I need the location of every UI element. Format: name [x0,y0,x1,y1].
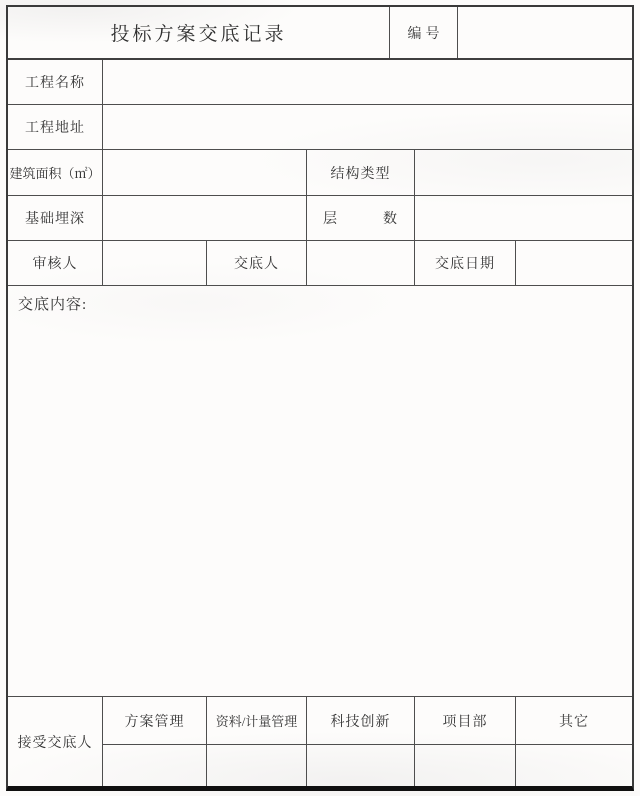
discloser-label: 交底人 [207,241,307,285]
floors-label: 层 数 [307,196,415,240]
recipient-col-data-measurement: 资料/计量管理 [207,697,307,744]
project-address-label: 工程地址 [8,105,103,149]
recipients-header-row: 方案管理 资料/计量管理 科技创新 项目部 其它 [103,697,632,745]
signoff-row: 审核人 交底人 交底日期 [8,241,632,286]
discloser-value-cell [307,241,415,285]
floors-label-right: 数 [383,208,398,228]
recipients-signature-row [103,745,632,786]
project-name-label: 工程名称 [8,60,103,104]
recipient-col-project-dept: 项目部 [415,697,516,744]
scanned-form-page: 投标方案交底记录 编号 工程名称 工程地址 建筑面积（㎡） 结构类型 基础埋深 … [0,0,640,796]
floors-label-left: 层 [323,208,338,228]
disclosure-record-form: 投标方案交底记录 编号 工程名称 工程地址 建筑面积（㎡） 结构类型 基础埋深 … [6,5,634,791]
disclosure-date-label: 交底日期 [415,241,516,285]
foundation-depth-row: 基础埋深 层 数 [8,196,632,241]
recipients-section: 接受交底人 方案管理 资料/计量管理 科技创新 项目部 其它 [8,697,632,786]
building-area-value-cell [103,150,307,195]
floors-value-cell [415,196,632,240]
disclosure-content-label: 交底内容: [18,297,87,313]
project-address-value-cell [103,105,632,149]
recipients-label: 接受交底人 [8,697,103,786]
project-name-value-cell [103,60,632,104]
reviewer-label: 审核人 [8,241,103,285]
recipients-grid: 方案管理 资料/计量管理 科技创新 项目部 其它 [103,697,632,786]
form-header-row: 投标方案交底记录 编号 [8,7,632,60]
recipient-col-tech-innovation: 科技创新 [307,697,415,744]
structure-type-label: 结构类型 [307,150,415,195]
reviewer-value-cell [103,241,207,285]
disclosure-content-area: 交底内容: [8,286,632,697]
recipient-col-other: 其它 [516,697,632,744]
recipient-col-plan-management: 方案管理 [103,697,207,744]
foundation-depth-label: 基础埋深 [8,196,103,240]
structure-type-value-cell [415,150,632,195]
building-area-label: 建筑面积（㎡） [8,150,103,195]
recipient-signature-cell [516,745,632,786]
recipient-signature-cell [307,745,415,786]
recipient-signature-cell [103,745,207,786]
disclosure-date-value-cell [516,241,632,285]
number-label: 编号 [390,7,458,58]
project-address-row: 工程地址 [8,105,632,150]
recipient-signature-cell [207,745,307,786]
foundation-depth-value-cell [103,196,307,240]
number-value-cell [458,7,632,58]
recipient-signature-cell [415,745,516,786]
building-area-row: 建筑面积（㎡） 结构类型 [8,150,632,196]
form-title: 投标方案交底记录 [8,7,390,58]
project-name-row: 工程名称 [8,60,632,105]
